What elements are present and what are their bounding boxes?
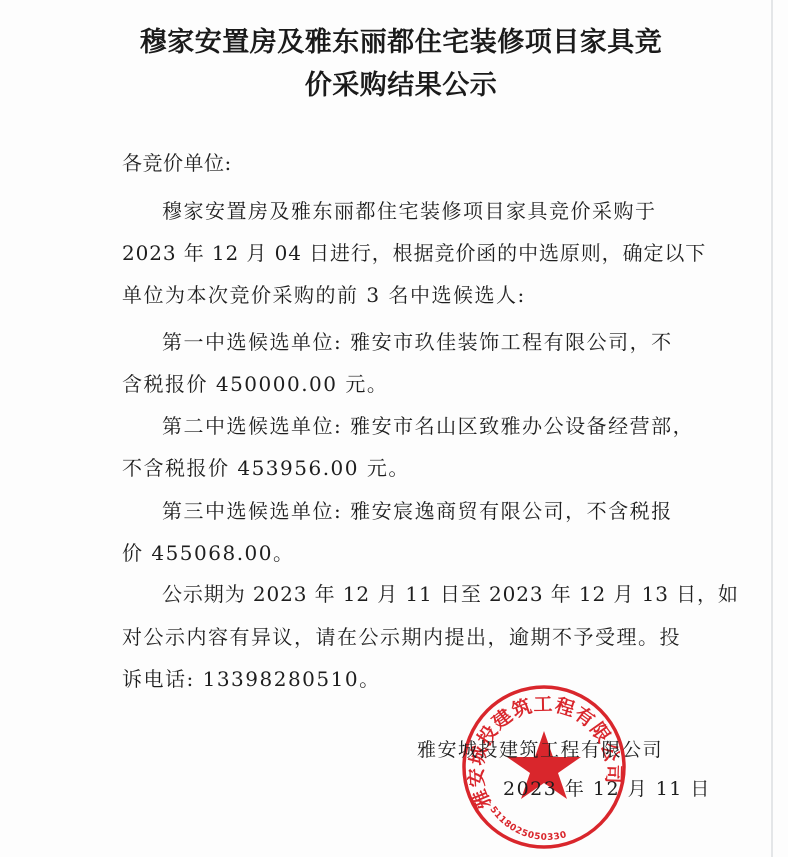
- candidate-3-line-2: 价 455068.00。: [122, 537, 295, 566]
- seal-serial: 5118025050330: [487, 805, 568, 843]
- signature-company: 雅安城投建筑工程有限公司: [417, 735, 663, 762]
- notice-period-line-3: 诉电话: 13398280510。: [122, 663, 381, 692]
- paragraph-intro-line-2: 2023 年 12 月 04 日进行，根据竞价函的中选原则，确定以下: [122, 237, 706, 266]
- svg-text:5118025050330: 5118025050330: [487, 805, 568, 843]
- document-title-line-1: 穆家安置房及雅东丽都住宅装修项目家具竞: [7, 20, 788, 59]
- paragraph-intro-line-3: 单位为本次竞价采购的前 3 名中选候选人:: [122, 279, 526, 308]
- candidate-1-line-1: 第一中选候选单位: 雅安市玖佳装饰工程有限公司，不: [162, 326, 673, 355]
- salutation: 各竞价单位:: [122, 147, 232, 176]
- notice-period-line-1: 公示期为 2023 年 12 月 11 日至 2023 年 12 月 13 日，…: [162, 578, 739, 607]
- candidate-2-line-1: 第二中选候选单位: 雅安市名山区致雅办公设备经营部，: [162, 410, 694, 439]
- candidate-2-line-2: 不含税报价 453956.00 元。: [122, 452, 410, 481]
- candidate-3-line-1: 第三中选候选单位: 雅安宸逸商贸有限公司，不含税报: [162, 495, 673, 524]
- document-title-line-2: 价采购结果公示: [7, 63, 788, 102]
- signature-date: 2023 年 12 月 11 日: [503, 774, 711, 801]
- candidate-1-line-2: 含税报价 450000.00 元。: [122, 368, 388, 397]
- notice-period-line-2: 对公示内容有异议，请在公示期内提出，逾期不予受理。投: [122, 621, 681, 650]
- document-page: 穆家安置房及雅东丽都住宅装修项目家具竞 价采购结果公示 各竞价单位: 穆家安置房…: [0, 0, 788, 857]
- paragraph-intro-line-1: 穆家安置房及雅东丽都住宅装修项目家具竞价采购于: [162, 195, 657, 224]
- official-seal-icon: 雅安城投建筑工程有限公司 5118025050330: [460, 683, 628, 851]
- scan-edge-line: [771, 0, 773, 857]
